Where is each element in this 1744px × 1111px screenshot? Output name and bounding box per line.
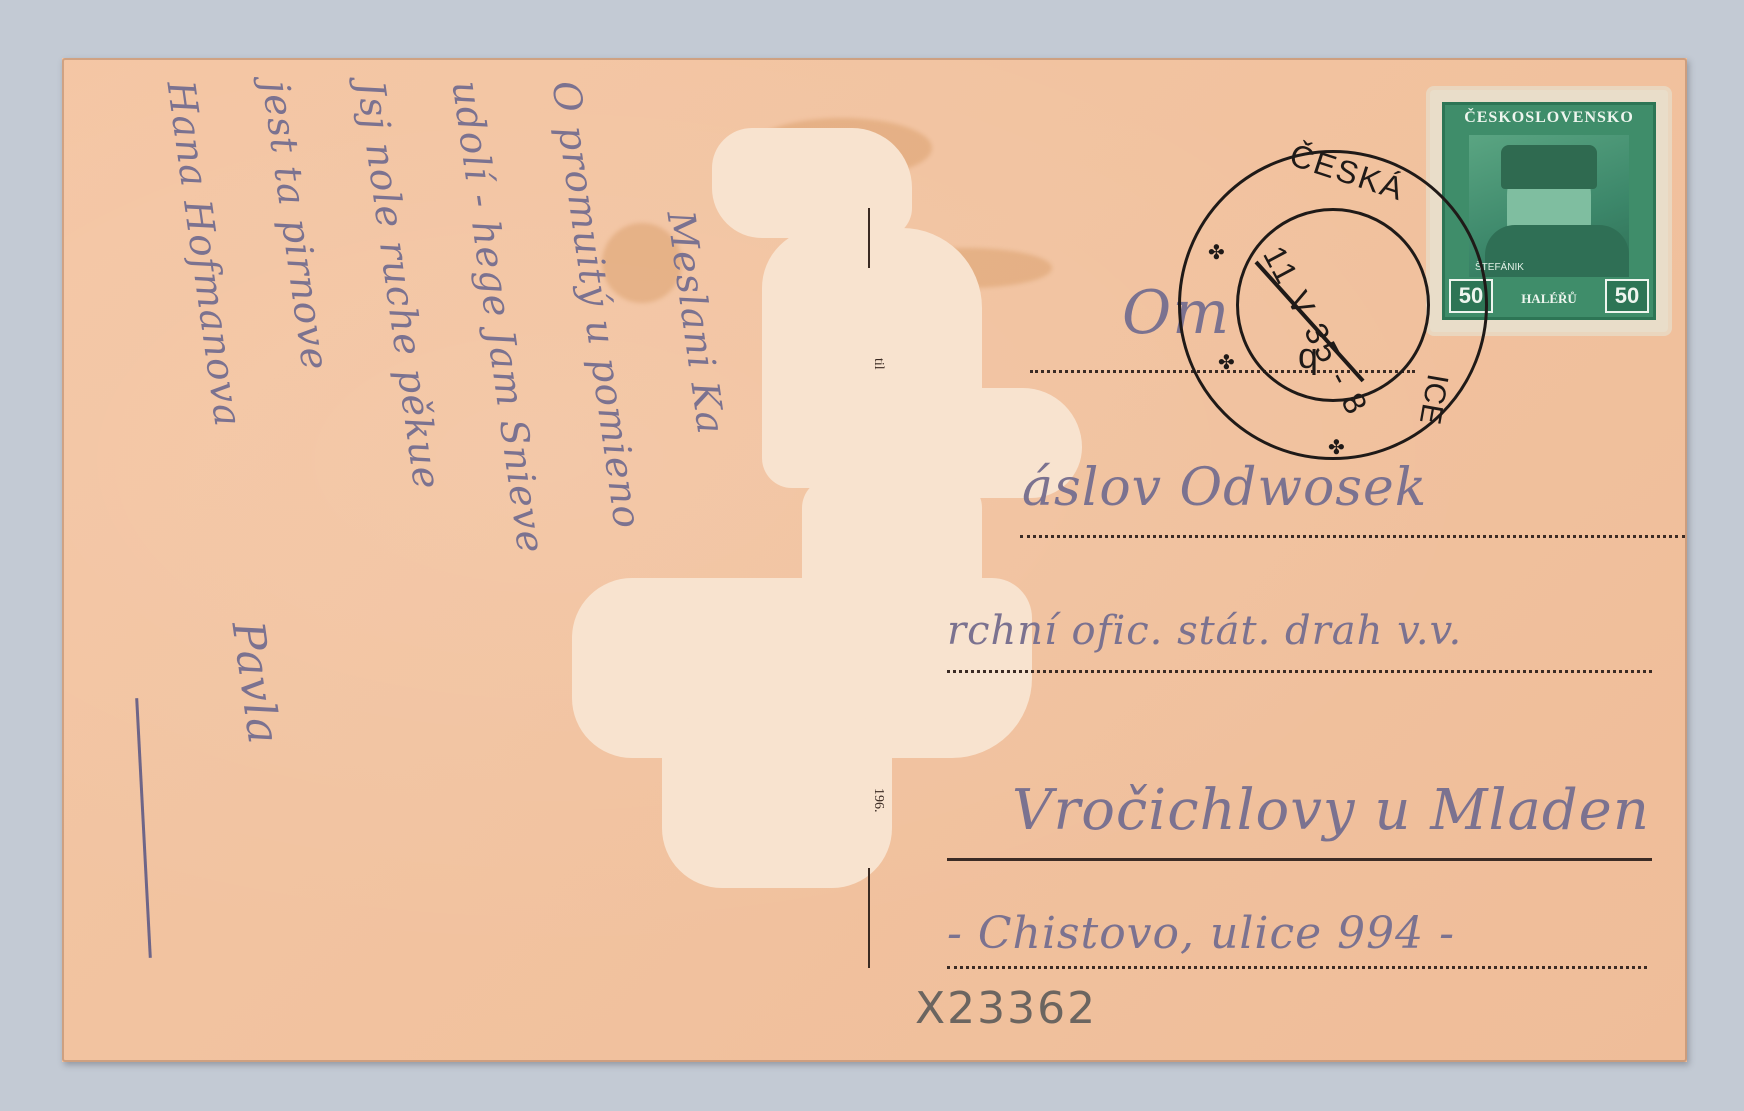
address-text-3: rchní ofic. stát. drah v.v. xyxy=(947,608,1462,654)
address-line-3 xyxy=(947,670,1652,673)
printed-mark-top: til xyxy=(870,358,886,370)
postmark-series: b xyxy=(1298,340,1318,382)
signature: Pavla xyxy=(221,618,289,748)
postmark-town-end: ICE xyxy=(1412,371,1454,426)
address-line-4 xyxy=(947,858,1652,861)
peeled-paper-area xyxy=(712,128,912,238)
divider-line-bottom xyxy=(868,868,870,968)
peeled-paper-area xyxy=(662,718,892,888)
stamp-portrait xyxy=(1469,135,1629,277)
printed-mark-bottom: 196. xyxy=(870,788,886,813)
portrait-cap xyxy=(1501,145,1597,189)
postmark-ornament-icon: ✤ xyxy=(1208,240,1225,265)
message-column-6: Meslani Ka xyxy=(658,208,733,437)
stamp-value-right: 50 xyxy=(1605,279,1649,313)
pencil-inventory-note: X23362 xyxy=(915,983,1097,1034)
address-line-5 xyxy=(947,966,1647,969)
message-column-3: Jsj nole ruche pěkue xyxy=(348,78,449,493)
address-line-2 xyxy=(1020,535,1685,538)
message-column-2: jest ta pirnove xyxy=(253,78,337,373)
postmark-ornament-icon: ✤ xyxy=(1328,435,1345,460)
divider-line-top xyxy=(868,208,870,268)
stamp-country: ČESKOSLOVENSKO xyxy=(1445,109,1653,127)
address-text-4: Vročichlovy u Mladen xyxy=(1012,778,1650,843)
address-text-2: áslov Odwosek xyxy=(1022,458,1427,518)
address-text-5: - Chistovo, ulice 994 - xyxy=(947,908,1455,959)
signature-underline xyxy=(135,698,152,958)
postcard: til 196. Om áslov Odwosek rchní ofic. st… xyxy=(62,58,1687,1062)
message-column-1: Hana Hofmanova xyxy=(158,78,250,430)
message-column-5: O promuitý u pomieno xyxy=(543,78,649,532)
message-column-4: udolí - hege Jam Snieve xyxy=(443,78,553,556)
postmark-ornament-icon: ✤ xyxy=(1218,350,1235,375)
postmark: ČESKÁ 11 V 35 - 8 b ICE ✤ ✤ ✤ xyxy=(1178,150,1488,460)
